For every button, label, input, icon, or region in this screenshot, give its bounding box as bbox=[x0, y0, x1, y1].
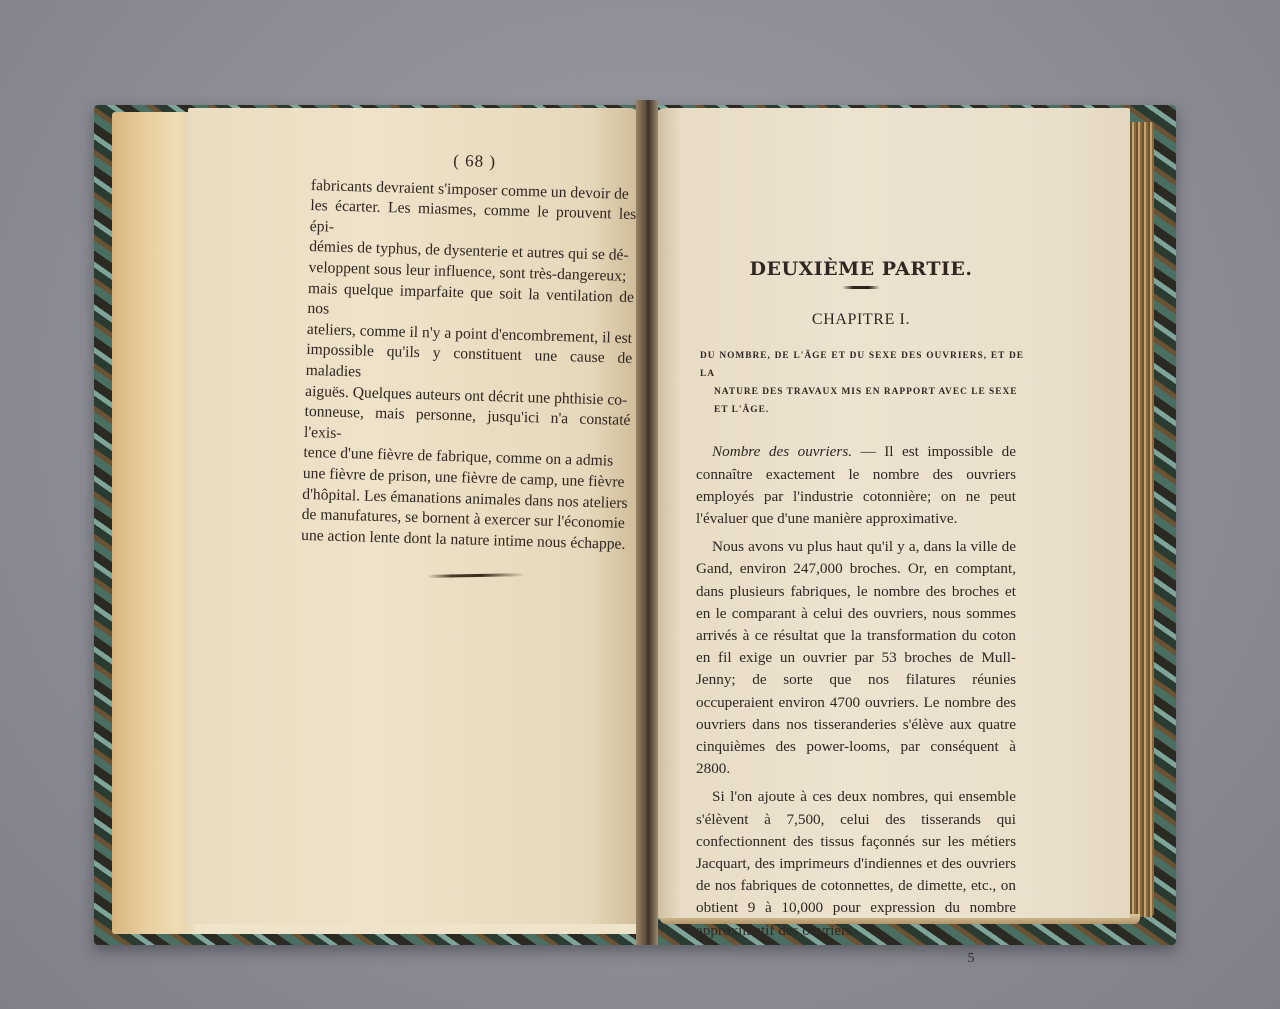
chapter-subtitle-line: et l'âge. bbox=[700, 401, 1024, 419]
paragraph-text: Nous avons vu plus haut qu'il y a, dans … bbox=[696, 538, 1016, 777]
chapter-title: CHAPITRE I. bbox=[706, 309, 1016, 331]
book-gutter bbox=[636, 100, 658, 945]
left-page-text: ( 68 ) fabricants devraient s'imposer co… bbox=[301, 147, 638, 555]
ornament-rule bbox=[706, 286, 1016, 289]
paragraph: Nombre des ouvriers. — Il est impossible… bbox=[696, 441, 1016, 530]
part-title: DEUXIÈME PARTIE. bbox=[706, 258, 1016, 280]
paragraph-text: Si l'on ajoute à ces deux nombres, qui e… bbox=[696, 788, 1016, 938]
paragraph: Si l'on ajoute à ces deux nombres, qui e… bbox=[696, 786, 1016, 941]
chapter-subtitle-line: Du nombre, de l'âge et du sexe des ouvri… bbox=[700, 347, 1024, 383]
right-page-text: DEUXIÈME PARTIE. CHAPITRE I. Du nombre, … bbox=[696, 258, 1016, 970]
chapter-subtitle: Du nombre, de l'âge et du sexe des ouvri… bbox=[700, 347, 1024, 419]
paragraph: Nous avons vu plus haut qu'il y a, dans … bbox=[696, 536, 1016, 780]
signature-mark: 5 bbox=[926, 948, 1016, 970]
paragraph-lead: Nombre des ouvriers. bbox=[712, 443, 852, 460]
chapter-subtitle-line: nature des travaux mis en rapport avec l… bbox=[700, 383, 1024, 401]
